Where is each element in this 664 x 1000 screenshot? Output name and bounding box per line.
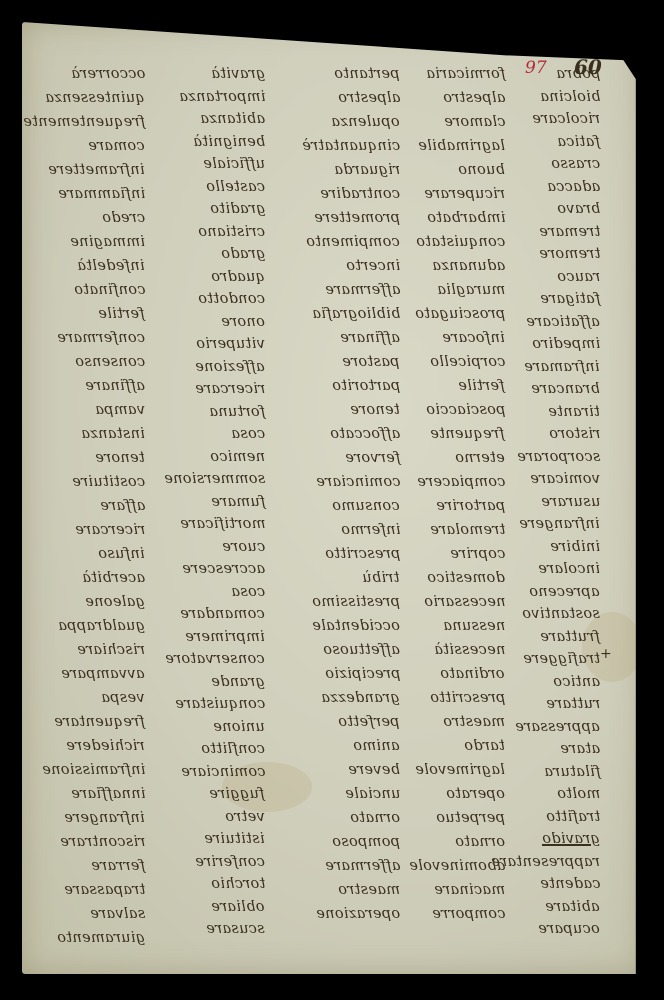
word-entry: mortificare <box>180 516 265 532</box>
word-entry: tremolare <box>430 522 505 538</box>
word-entry: fumare <box>211 494 265 510</box>
word-entry: quintessenza <box>45 90 145 106</box>
word-entry: tribù <box>362 570 400 586</box>
word-entry: fertile <box>458 378 505 394</box>
word-entry: prescritto <box>325 546 400 562</box>
word-entry: fervore <box>345 450 400 466</box>
word-entry: brancare <box>531 381 600 397</box>
word-entry: scorporare <box>517 449 600 465</box>
word-entry: imprimere <box>185 629 265 645</box>
word-entry: infuso <box>98 546 145 562</box>
word-entry: affare <box>100 498 145 514</box>
word-entry: sommersione <box>164 471 265 487</box>
word-entry: ferrare <box>91 858 145 874</box>
word-entry: eterno <box>455 450 505 466</box>
word-entry: affermare <box>325 282 401 298</box>
word-entry: pertanto <box>334 66 400 82</box>
word-entry: vampa <box>95 402 145 418</box>
word-entry: comandare <box>180 606 265 622</box>
word-entry: benignità <box>193 134 265 150</box>
word-entry: frequentemente <box>23 114 145 130</box>
word-entry: pastore <box>342 354 400 370</box>
word-entry: cosa <box>231 426 265 442</box>
word-entry: affezione <box>195 359 265 375</box>
word-entry: infiammare <box>58 186 145 202</box>
word-entry: riscontrare <box>60 834 145 850</box>
word-entry: perfetto <box>338 714 400 730</box>
word-entry: macinare <box>434 882 505 898</box>
word-entry: vomicare <box>530 471 600 487</box>
word-entry: unione <box>213 719 265 735</box>
word-entry: torchio <box>211 876 265 892</box>
word-entry: ricercare <box>75 522 145 538</box>
word-entry: infedeltà <box>77 258 145 274</box>
word-entry: abominevole <box>409 858 505 874</box>
paper-stain <box>582 612 642 682</box>
word-entry: scusare <box>206 921 265 937</box>
word-entry: partorire <box>436 498 505 514</box>
word-entry: nemico <box>210 449 265 465</box>
word-entry: gradito <box>210 201 265 217</box>
word-entry: richiedere <box>66 738 145 754</box>
word-entry: conflitto <box>201 741 265 757</box>
word-entry: inframettere <box>48 162 145 178</box>
word-entry: molto <box>557 786 600 802</box>
word-entry: sostantivo <box>522 606 600 622</box>
cross-mark: + <box>600 646 612 662</box>
word-entry: prescritto <box>430 690 505 706</box>
word-entry: affinare <box>340 330 400 346</box>
word-entry: appressare <box>515 719 600 735</box>
word-entry: apreceno <box>529 584 600 600</box>
word-entry: trapassare <box>64 882 145 898</box>
word-entry: lagrimevole <box>415 762 505 778</box>
word-entry: affettuoso <box>323 642 400 658</box>
word-entry: abitanza <box>200 111 265 127</box>
word-entry: confermare <box>57 330 145 346</box>
word-entry: tardo <box>464 738 505 754</box>
word-entry: crasso <box>551 156 600 172</box>
word-entry: gravido <box>542 831 600 847</box>
word-entry: abitare <box>545 899 600 915</box>
word-entry: bibliografia <box>312 306 400 322</box>
word-entry: infocare <box>442 330 505 346</box>
word-entry: cadente <box>540 876 600 892</box>
word-entry: conferire <box>195 854 265 870</box>
word-entry: tremore <box>539 246 600 262</box>
word-entry: vetro <box>225 809 265 825</box>
word-entry: alpestro <box>443 90 505 106</box>
word-entry: imbarbato <box>427 210 505 226</box>
word-entry: ocupare <box>538 921 600 937</box>
word-entry: cosa <box>231 584 265 600</box>
word-entry: occidentale <box>312 618 400 634</box>
word-entry: condotto <box>198 291 265 307</box>
word-entry: fruttare <box>540 629 600 645</box>
word-entry: ricuperare <box>424 186 505 202</box>
word-entry: istituire <box>204 831 265 847</box>
word-entry: frequentare <box>54 714 145 730</box>
word-entry: trafitto <box>546 809 600 825</box>
word-entry: fortuna <box>209 404 265 420</box>
word-entry: grado <box>221 246 265 262</box>
word-entry: incolare <box>538 561 600 577</box>
word-entry: opulenza <box>331 114 400 130</box>
word-entry: rappresentare <box>491 854 600 870</box>
word-entry: lagrimabile <box>418 138 505 154</box>
word-entry: cuore <box>222 539 265 555</box>
word-entry: adunanza <box>432 258 505 274</box>
word-entry: affermare <box>325 858 401 874</box>
word-entry: partorito <box>332 378 400 394</box>
word-entry: formicaria <box>426 66 505 82</box>
word-entry: alpestro <box>338 90 400 106</box>
word-entry: incerto <box>346 258 400 274</box>
word-entry: quadro <box>211 269 265 285</box>
word-entry: muraglia <box>437 282 505 298</box>
word-entry: tenore <box>95 450 145 466</box>
word-entry: infrangere <box>519 516 600 532</box>
word-entry: comare <box>88 138 145 154</box>
word-entry: pomposo <box>332 834 400 850</box>
word-entry: confinato <box>74 282 145 298</box>
word-entry: ordinato <box>440 666 505 682</box>
word-entry: consumo <box>332 498 400 514</box>
word-entry: tirante <box>548 404 600 420</box>
word-entry: rauco <box>557 269 600 285</box>
word-entry: grandezza <box>321 690 400 706</box>
word-entry: prestissimo <box>312 594 400 610</box>
word-entry: nessuna <box>443 618 505 634</box>
word-entry: infrangere <box>64 810 145 826</box>
word-entry: castello <box>206 179 265 195</box>
word-entry: infermo <box>341 522 400 538</box>
word-entry: inibire <box>550 539 600 555</box>
word-entry: vespa <box>101 690 145 706</box>
word-entry: pobra <box>556 66 600 82</box>
word-entry: costituire <box>72 474 145 490</box>
word-entry: immagine <box>70 234 145 250</box>
word-entry: credo <box>102 210 145 226</box>
word-entry: precipizio <box>325 666 400 682</box>
word-entry: tenore <box>350 402 400 418</box>
word-entry: cinquantatrè <box>302 138 400 154</box>
word-entry: necessario <box>424 594 505 610</box>
word-entry: antico <box>553 674 600 690</box>
word-entry: bravo <box>557 201 600 217</box>
word-entry: affaticare <box>526 314 600 330</box>
word-entry: cominciare <box>316 474 401 490</box>
word-entry: posciaccio <box>426 402 505 418</box>
word-entry: biolcina <box>540 89 600 105</box>
word-entry: maestro <box>443 714 505 730</box>
word-entry: cristiano <box>198 224 265 240</box>
word-entry: domestico <box>427 570 505 586</box>
word-entry: fatica <box>557 134 600 150</box>
word-entry: conquistare <box>175 696 265 712</box>
word-entry: compiacere <box>417 474 505 490</box>
word-entry: salvare <box>90 906 145 922</box>
word-entry: rischiare <box>77 642 145 658</box>
word-entry: usurare <box>541 494 600 510</box>
word-entry: adacca <box>547 179 600 195</box>
word-entry: gualdrappa <box>58 618 145 634</box>
word-entry: filatura <box>544 764 600 780</box>
word-entry: frequente <box>430 426 505 442</box>
word-entry: consenso <box>75 354 145 370</box>
word-entry: obliare <box>211 899 265 915</box>
word-entry: necessità <box>434 642 505 658</box>
word-entry: ruttare <box>546 696 600 712</box>
word-entry: onore <box>221 314 265 330</box>
word-entry: ricercare <box>195 381 265 397</box>
word-entry: inframare <box>524 359 600 375</box>
word-entry: bevere <box>348 762 400 778</box>
word-entry: promettere <box>314 210 400 226</box>
word-entry: trafiggere <box>523 651 600 667</box>
word-entry: ricolcare <box>532 111 600 127</box>
word-entry: coprire <box>450 546 505 562</box>
word-entry: fatigare <box>540 291 600 307</box>
word-entry: ornato <box>455 834 505 850</box>
word-entry: accrescere <box>182 561 265 577</box>
word-entry: innaffiare <box>71 786 146 802</box>
word-entry: conservatore <box>165 651 265 667</box>
word-entry: ristoro <box>549 426 600 442</box>
word-entry: unciale <box>345 786 400 802</box>
word-entry: atare <box>560 741 600 757</box>
word-entry: fuggire <box>209 786 265 802</box>
word-entry: fertile <box>98 306 145 322</box>
word-entry: impediro <box>532 336 600 352</box>
word-entry: conquistato <box>416 234 505 250</box>
word-entry: avvampare <box>61 666 145 682</box>
word-entry: importanza <box>179 89 265 105</box>
word-entry: inframissione <box>42 762 145 778</box>
word-entry: instanza <box>81 426 145 442</box>
word-entry: prosciugato <box>415 306 505 322</box>
word-entry: comporre <box>432 906 505 922</box>
word-entry: riguarda <box>334 162 400 178</box>
word-entry: animo <box>353 738 400 754</box>
word-entry: buono <box>458 162 505 178</box>
word-entry: affoccato <box>330 426 400 442</box>
word-entry: perpetuo <box>436 810 505 826</box>
word-entry: clamore <box>444 114 506 130</box>
word-entry: giuramento <box>57 930 145 946</box>
word-entry: occorrerà <box>71 66 145 82</box>
word-entry: operazione <box>316 906 400 922</box>
word-entry: corpicello <box>430 354 505 370</box>
word-entry: grande <box>211 674 265 690</box>
word-entry: compimento <box>306 234 400 250</box>
word-entry: ufficiale <box>203 156 265 172</box>
word-entry: tremare <box>539 224 600 240</box>
word-entry: vituperio <box>196 336 265 352</box>
word-entry: cominciare <box>181 764 266 780</box>
word-entry: gravità <box>211 66 265 82</box>
folio-number-red: 97 <box>525 58 547 78</box>
word-entry: contradire <box>320 186 400 202</box>
word-entry: galeone <box>85 594 145 610</box>
word-entry: ornato <box>350 810 400 826</box>
word-entry: affinare <box>85 378 145 394</box>
word-entry: maestro <box>338 882 400 898</box>
word-entry: operato <box>446 786 505 802</box>
word-entry: acerbità <box>82 570 145 586</box>
